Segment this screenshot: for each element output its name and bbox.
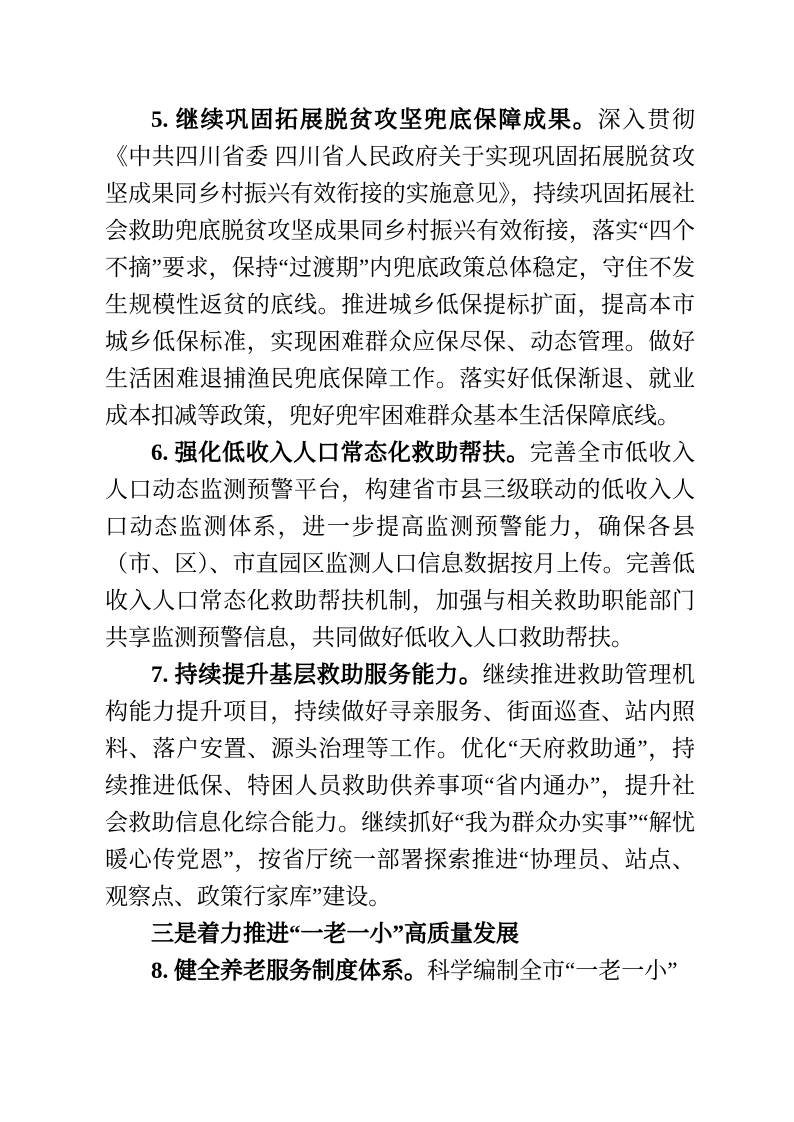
document-body: 5. 继续巩固拓展脱贫攻坚兜底保障成果。深入贯彻《中共四川省委 四川省人民政府关…	[105, 101, 695, 989]
paragraph-7-lead: 7. 持续提升基层救助服务能力。	[151, 662, 483, 687]
numbered-paragraph-5: 5. 继续巩固拓展脱贫攻坚兜底保障成果。深入贯彻《中共四川省委 四川省人民政府关…	[105, 101, 695, 434]
paragraph-6-lead: 6. 强化低收入人口常态化救助帮扶。	[151, 440, 530, 465]
numbered-paragraph-8: 8. 健全养老服务制度体系。科学编制全市“一老一小”	[105, 952, 695, 989]
paragraph-8-text: 科学编制全市“一老一小”	[427, 958, 677, 983]
document-page: 5. 继续巩固拓展脱贫攻坚兜底保障成果。深入贯彻《中共四川省委 四川省人民政府关…	[0, 0, 794, 1122]
paragraph-5-text: 深入贯彻《中共四川省委 四川省人民政府关于实现巩固拓展脱贫攻坚成果同乡村振兴有效…	[105, 107, 695, 428]
numbered-paragraph-6: 6. 强化低收入人口常态化救助帮扶。完善全市低收入人口动态监测预警平台，构建省市…	[105, 434, 695, 656]
paragraph-5-lead: 5. 继续巩固拓展脱贫攻坚兜底保障成果。	[151, 107, 598, 132]
paragraph-6-text: 完善全市低收入人口动态监测预警平台，构建省市县三级联动的低收入人口动态监测体系，…	[105, 440, 695, 650]
paragraph-7-text: 继续推进救助管理机构能力提升项目，持续做好寻亲服务、街面巡查、站内照料、落户安置…	[105, 662, 695, 909]
numbered-paragraph-7: 7. 持续提升基层救助服务能力。继续推进救助管理机构能力提升项目，持续做好寻亲服…	[105, 656, 695, 915]
section-subheading: 三是着力推进“一老一小”高质量发展	[105, 915, 695, 952]
paragraph-8-lead: 8. 健全养老服务制度体系。	[151, 958, 427, 983]
